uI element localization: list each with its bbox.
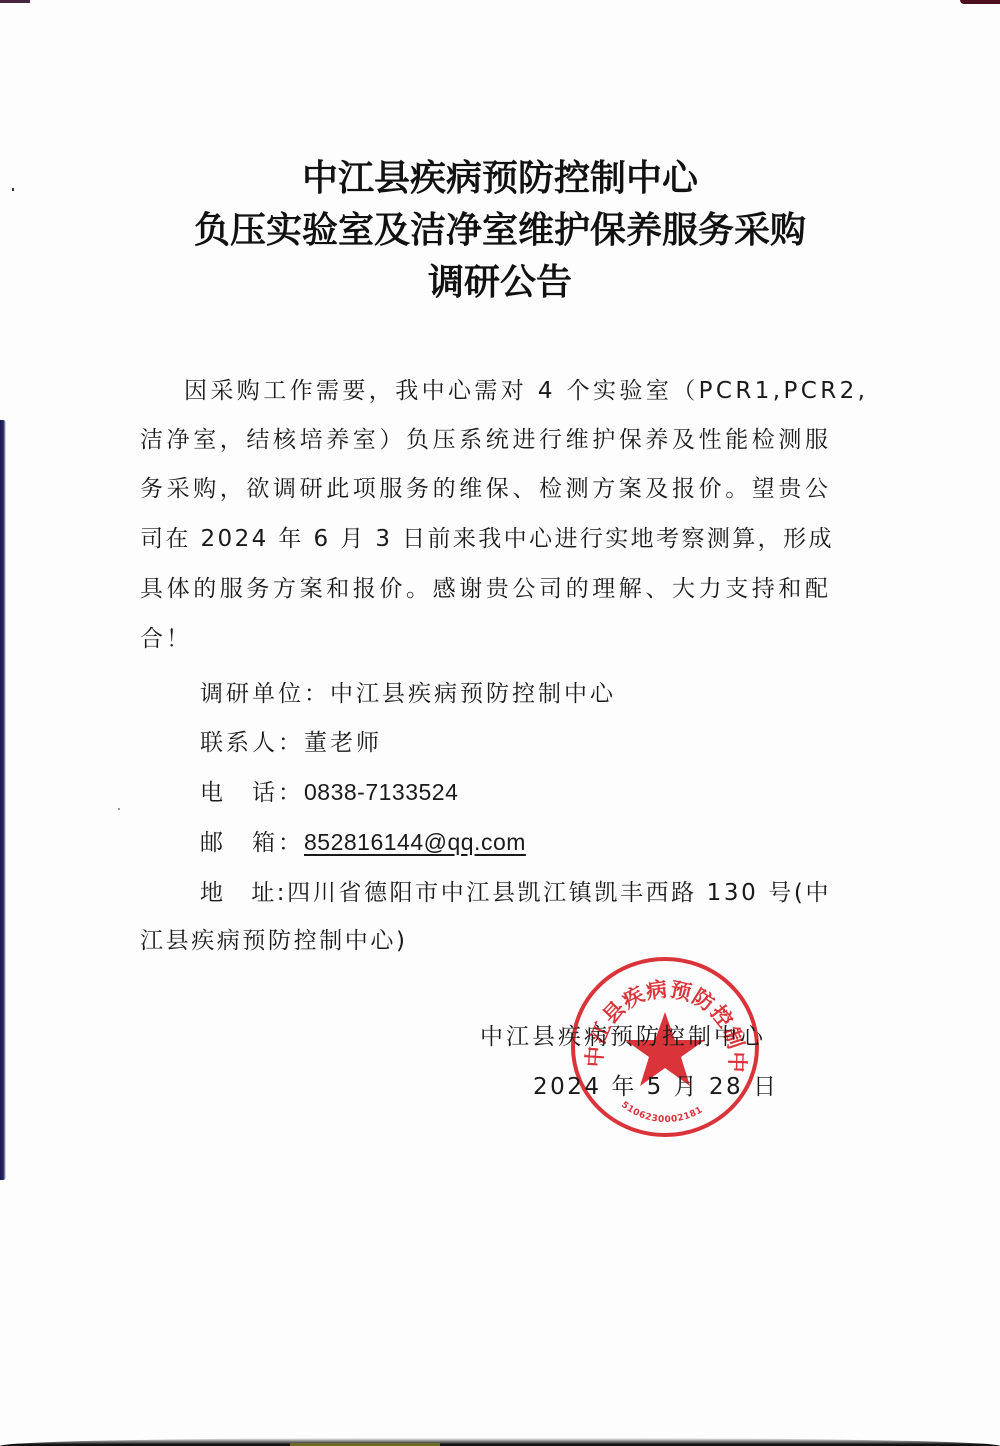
phone-label: 电 话： (200, 780, 304, 806)
research-unit-row: 调研单位：中江县疾病预防控制中心 (200, 675, 616, 708)
body-line-5: 具体的服务方案和报价。感谢贵公司的理解、大力支持和配 (140, 570, 832, 603)
phone-value: 0838-7133524 (304, 779, 458, 805)
address-label: 地 址: (200, 880, 287, 906)
email-link[interactable]: 852816144@qq.com (304, 829, 526, 855)
contact-person-label: 联系人： (200, 730, 304, 756)
title-line-3: 调研公告 (0, 256, 1000, 308)
scan-artifact-left-edge (0, 420, 6, 1180)
document-title: 中江县疾病预防控制中心 负压实验室及洁净室维护保养服务采购 调研公告 (0, 152, 1000, 308)
signature-organization: 中江县疾病预防控制中心 (480, 1018, 766, 1051)
contact-person-row: 联系人：董老师 (200, 724, 382, 757)
body-line-4: 司在 2024 年 6 月 3 日前来我中心进行实地考察测算，形成 (140, 520, 834, 553)
scan-artifact-top-right (960, 0, 1000, 4)
address-continuation: 江县疾病预防控制中心) (140, 922, 408, 955)
phone-row: 电 话：0838-7133524 (200, 774, 458, 807)
body-line-1: 因采购工作需要，我中心需对 4 个实验室（PCR1,PCR2, (184, 372, 868, 405)
address-row: 地 址:四川省德阳市中江县凯江镇凯丰西路 130 号(中 (200, 874, 831, 907)
address-value-line-1: 四川省德阳市中江县凯江镇凯丰西路 130 号(中 (287, 880, 831, 906)
body-line-3: 务采购，欲调研此项服务的维保、检测方案及报价。望贵公 (140, 470, 832, 503)
body-line-6: 合！ (140, 620, 192, 653)
signature-date: 2024 年 5 月 28 日 (533, 1068, 779, 1101)
research-unit-value: 中江县疾病预防控制中心 (330, 681, 616, 707)
research-unit-label: 调研单位： (200, 681, 330, 707)
body-line-2: 洁净室，结核培养室）负压系统进行维护保养及性能检测服 (140, 421, 832, 454)
email-label: 邮 箱： (200, 830, 304, 856)
stamp-serial: 5106230002181 (619, 1100, 705, 1125)
title-line-1: 中江县疾病预防控制中心 (0, 152, 1000, 204)
email-row: 邮 箱：852816144@qq.com (200, 824, 526, 857)
scan-speck (118, 808, 120, 810)
scan-artifact-top-left (0, 0, 30, 3)
document-page: 中江县疾病预防控制中心 负压实验室及洁净室维护保养服务采购 调研公告 因采购工作… (0, 0, 1000, 1446)
svg-text:5106230002181: 5106230002181 (619, 1100, 705, 1125)
title-line-2: 负压实验室及洁净室维护保养服务采购 (0, 204, 1000, 256)
scan-artifact-bottom-edge (0, 1438, 1000, 1446)
contact-person-value: 董老师 (304, 730, 382, 756)
